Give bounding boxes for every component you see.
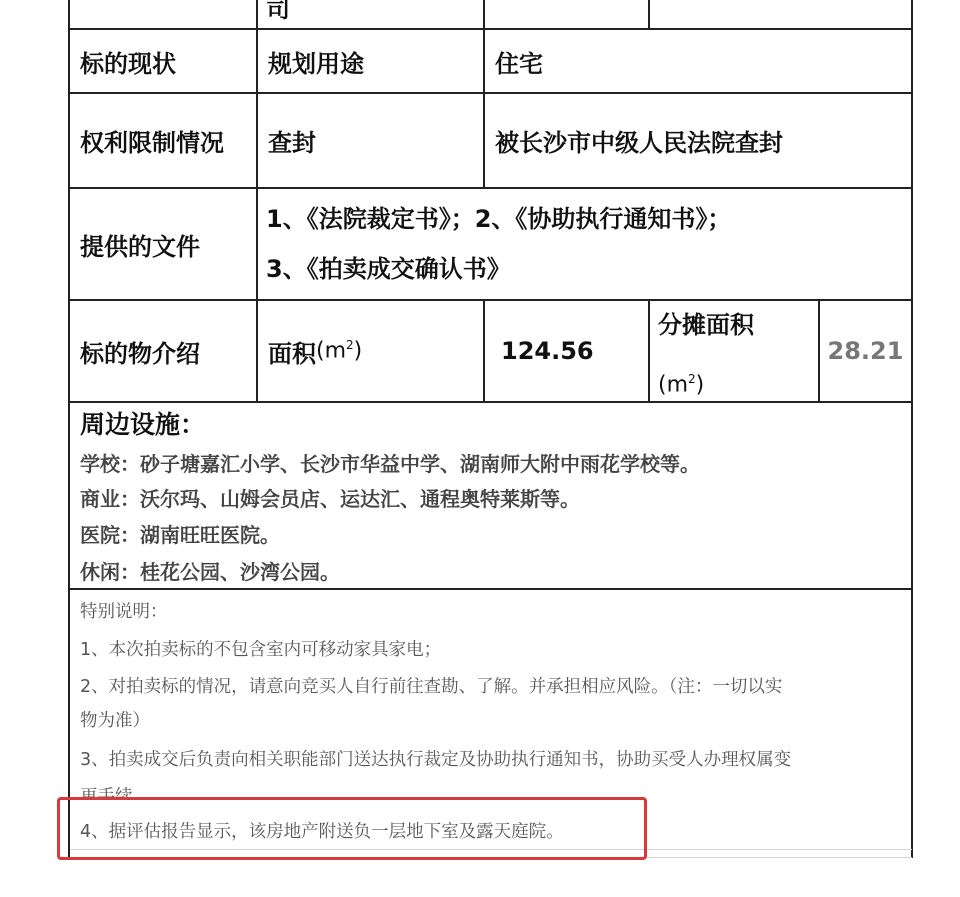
row-intro-label: 标的物介绍	[70, 301, 256, 401]
facilities-title: 周边设施：	[80, 405, 205, 441]
facility-leisure: 休闲：桂花公园、沙湾公园。	[80, 556, 340, 585]
unit-sup: 2	[688, 372, 696, 386]
area-label-cell: 面积(m2)	[258, 301, 483, 401]
special-notes-title: 特别说明：	[80, 598, 168, 623]
row-restriction-col2: 查封	[258, 94, 483, 187]
highlight-box	[57, 797, 647, 860]
label-text: 提供的文件	[80, 227, 200, 262]
unit-sup: 2	[346, 338, 354, 352]
documents-list: 1、《法院裁定书》；2、《协助执行通知书》； 3、《拍卖成交确认书》	[266, 194, 731, 294]
facility-hospital: 医院：湖南旺旺医院。	[80, 519, 280, 548]
shared-area-label: 分摊面积	[658, 305, 754, 340]
unit-close: )	[354, 339, 363, 364]
label-text: 标的现状	[80, 44, 176, 79]
col-divider-2b	[483, 300, 485, 402]
shared-area-value-cell: 28.21	[820, 301, 911, 401]
area-label: 面积	[268, 334, 316, 369]
note-3: 3、拍卖成交后负责向相关职能部门送达执行裁定及协助执行通知书，协助买受人办理权属…	[80, 746, 791, 771]
shared-area-unit: (m2)	[658, 372, 704, 397]
facility-commerce: 商业：沃尔玛、山姆会员店、运达汇、通程奥特莱斯等。	[80, 483, 580, 512]
shared-area-value: 28.21	[828, 337, 904, 365]
label-text: 标的物介绍	[80, 334, 200, 369]
restriction-type: 查封	[268, 123, 316, 158]
row-restriction-label: 权利限制情况	[70, 94, 256, 187]
planned-use-value: 住宅	[495, 44, 543, 79]
label-text: 权利限制情况	[80, 123, 224, 158]
row-line	[68, 401, 913, 403]
row-documents-label: 提供的文件	[70, 189, 256, 299]
shared-area-label-cell: 分摊面积 (m2)	[658, 305, 818, 397]
documents-line-1: 1、《法院裁定书》；2、《协助执行通知书》；	[266, 194, 731, 244]
planned-use-label: 规划用途	[268, 44, 364, 79]
note-1: 1、本次拍卖标的不包含室内可移动家具家电；	[80, 636, 441, 661]
table-border-right	[911, 0, 913, 858]
row-line	[68, 588, 913, 590]
top-row-partial-text: 司	[256, 0, 290, 26]
row-status-label: 标的现状	[70, 30, 256, 92]
documents-line-2: 3、《拍卖成交确认书》	[266, 244, 731, 294]
note-3-cont: 更手续。	[80, 783, 150, 797]
restriction-detail: 被长沙市中级人民法院查封	[495, 123, 783, 158]
unit-close: )	[696, 372, 705, 397]
col-divider-3	[648, 0, 650, 29]
partial-text: 司	[266, 0, 290, 24]
facility-schools: 学校：砂子塘嘉汇小学、长沙市华益中学、湖南师大附中雨花学校等。	[80, 448, 700, 477]
row-restriction-col3: 被长沙市中级人民法院查封	[485, 94, 911, 187]
note-2-cont: 物为准）	[80, 707, 150, 732]
col-divider-3b	[648, 300, 650, 402]
area-value: 124.56	[501, 337, 594, 365]
unit-open: (m	[658, 372, 688, 397]
note-2: 2、对拍卖标的情况，请意向竞买人自行前往查勘、了解。并承担相应风险。（注：一切以…	[80, 673, 782, 698]
area-unit: (m2)	[316, 338, 362, 363]
unit-open: (m	[316, 339, 346, 364]
row-status-col3: 住宅	[485, 30, 911, 92]
row-status-col2: 规划用途	[258, 30, 483, 92]
area-value-cell: 124.56	[501, 301, 648, 401]
